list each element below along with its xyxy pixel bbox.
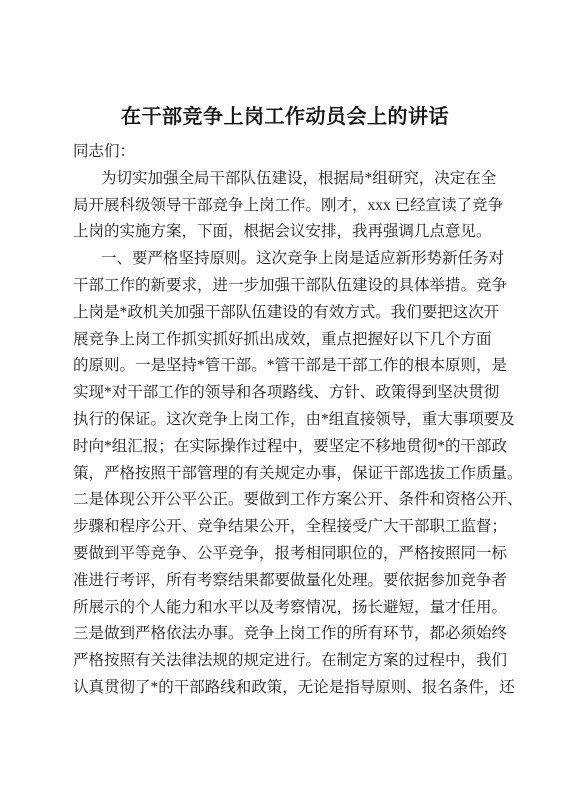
text-line: 的原则。一是坚持*管干部。*管干部是干部工作的根本原则，是: [73, 353, 513, 380]
text-line: 所展示的个人能力和水平以及考察情况，扬长避短，量才任用。: [73, 595, 513, 622]
text-line: 要做到平等竞争、公平竞争，报考相同职位的，严格按照同一标: [73, 541, 513, 568]
text-line: 为切实加强全局干部队伍建设，根据局*组研究，决定在全: [73, 166, 513, 193]
text-line: 策，严格按照干部管理的有关规定办事，保证干部选拔工作质量。: [73, 461, 513, 488]
text-line: 一、要严格坚持原则。这次竞争上岗是适应新形势新任务对: [73, 246, 513, 273]
text-line: 干部工作的新要求，进一步加强干部队伍建设的具体举措。竞争: [73, 273, 513, 300]
text-line: 步骤和程序公开、竞争结果公开，全程接受广大干部职工监督；: [73, 514, 513, 541]
text-line: 三是做到严格依法办事。竞争上岗工作的所有环节，都必须始终: [73, 621, 513, 648]
document-body: 同志们：为切实加强全局干部队伍建设，根据局*组研究，决定在全局开展科级领导干部竞…: [73, 139, 513, 702]
text-line: 同志们：: [73, 139, 513, 166]
document-title: 在干部竞争上岗工作动员会上的讲话: [0, 102, 570, 132]
text-line: 执行的保证。这次竞争上岗工作，由*组直接领导，重大事项要及: [73, 407, 513, 434]
text-line: 准进行考评，所有考察结果都要做量化处理。要依据参加竞争者: [73, 568, 513, 595]
text-line: 上岗的实施方案，下面，根据会议安排，我再强调几点意见。: [73, 219, 513, 246]
text-line: 严格按照有关法律法规的规定进行。在制定方案的过程中，我们: [73, 648, 513, 675]
text-line: 实现*对干部工作的领导和各项路线、方针、政策得到坚决贯彻: [73, 380, 513, 407]
text-line: 上岗是*政机关加强干部队伍建设的有效方式。我们要把这次开: [73, 300, 513, 327]
text-line: 展竞争上岗工作抓实抓好抓出成效，重点把握好以下几个方面: [73, 327, 513, 354]
text-line: 时向*组汇报；在实际操作过程中，要坚定不移地贯彻*的干部政: [73, 434, 513, 461]
text-line: 局开展科级领导干部竞争上岗工作。刚才，xxx 已经宣读了竞争: [73, 193, 513, 220]
document-page: 在干部竞争上岗工作动员会上的讲话 同志们：为切实加强全局干部队伍建设，根据局*组…: [0, 0, 570, 807]
text-line: 二是体现公开公平公正。要做到工作方案公开、条件和资格公开、: [73, 487, 513, 514]
text-line: 认真贯彻了*的干部路线和政策，无论是指导原则、报名条件，还: [73, 675, 513, 702]
